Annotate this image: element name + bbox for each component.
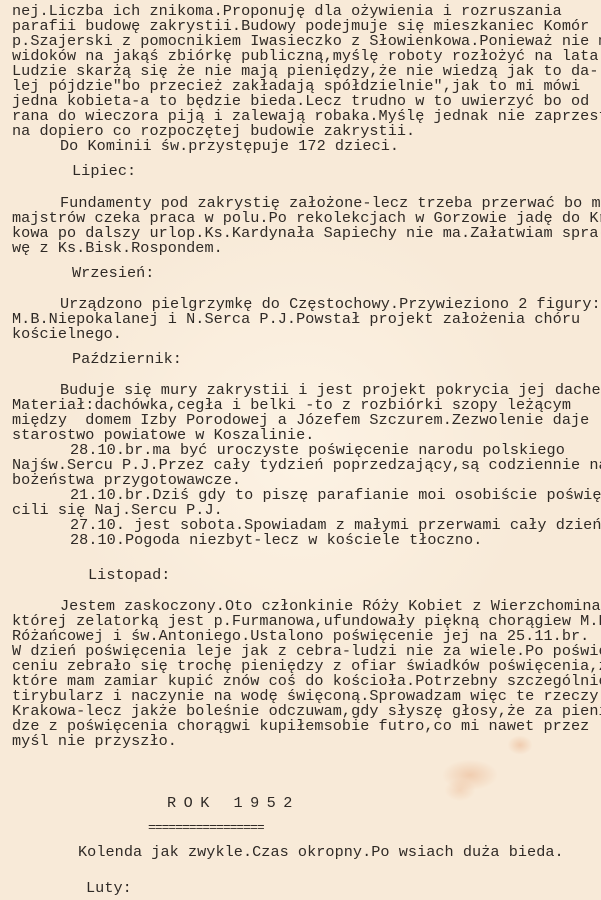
year-heading-underline: =================: [148, 820, 264, 835]
paragraph-line: wę z Ks.Bisk.Rospondem.: [12, 241, 223, 256]
section-heading-wrzesien: Wrzesień:: [72, 266, 154, 281]
section-heading-luty: Luty:: [86, 881, 132, 896]
section-heading-listopad: Listopad:: [88, 568, 170, 583]
year-paragraph: Kolenda jak zwykle.Czas okropny.Po wsiac…: [78, 845, 564, 860]
paragraph-line: myśl nie przyszło.: [12, 734, 177, 749]
paragraph-line: kościelnego.: [12, 327, 122, 342]
year-heading: ROK 1952: [167, 796, 300, 811]
paragraph-line: 28.10.Pogoda niezbyt-lecz w kościele tło…: [70, 533, 482, 548]
typewritten-page: nej.Liczba ich znikoma.Proponuję dla oży…: [0, 0, 601, 900]
section-heading-lipiec: Lipiec:: [72, 164, 136, 179]
section-heading-pazdziernik: Październik:: [72, 352, 182, 367]
communion-line: Do Kominii św.przystępuje 172 dzieci.: [60, 139, 399, 154]
